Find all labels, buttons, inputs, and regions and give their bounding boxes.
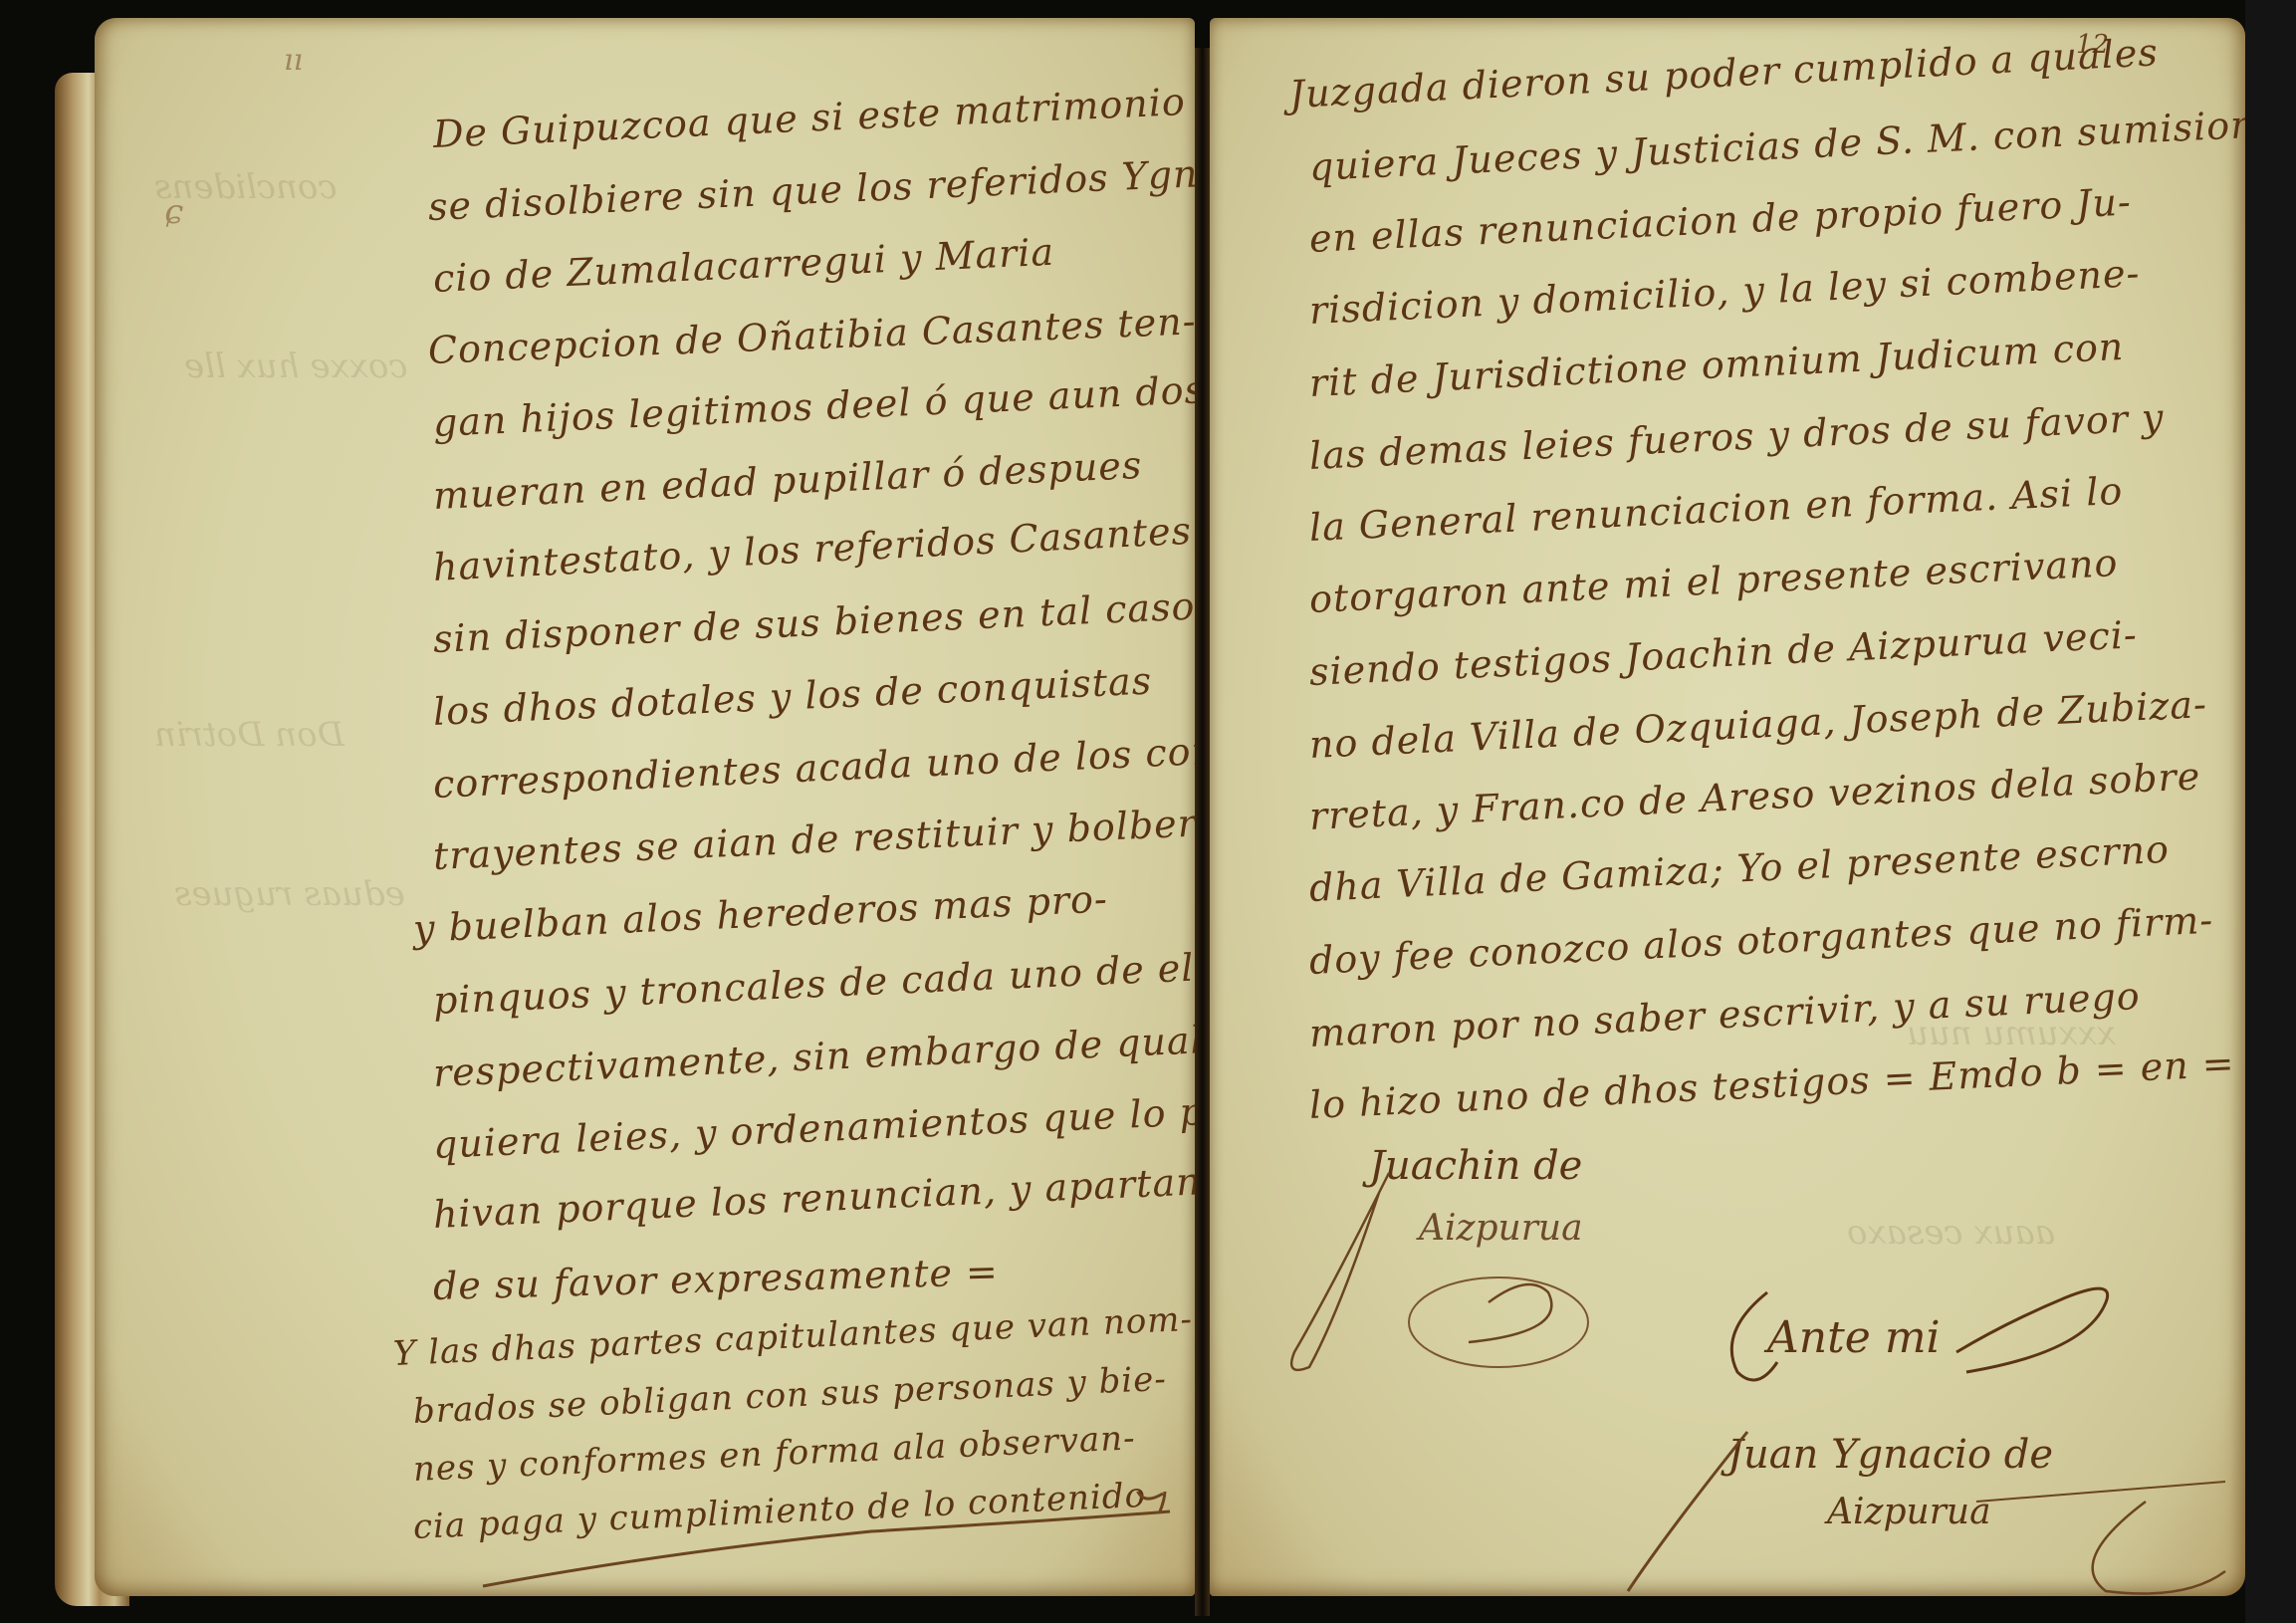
signature-flourish — [1548, 1412, 2245, 1596]
manuscript-line: Juzgada dieron su poder cumplido a quale… — [1288, 30, 2160, 116]
book-gutter — [1195, 48, 1210, 1616]
bleed-through-text: Don Dotrin — [154, 715, 344, 755]
manuscript-line: respectivamente, sin embargo de quales — [432, 1016, 1195, 1095]
manuscript-line: las demas leies fueros y dros de su favo… — [1308, 395, 2165, 478]
bleed-through-text: aaux cesaxo — [1847, 1213, 2055, 1253]
manuscript-line: los dhos dotales y los de conquistas — [432, 658, 1153, 733]
right-page: xxxumu nuu aaux cesaxo 12 Juzgada dieron… — [1210, 18, 2245, 1596]
manuscript-line: siendo testigos Joachin de Aizpurua veci… — [1308, 612, 2139, 694]
manuscript-line: gan hijos legitimos deel ó que aun dos — [432, 367, 1195, 445]
manuscript-line: de su favor expresamente = — [432, 1250, 999, 1308]
bleed-through-text: coxxe hux lle — [184, 347, 407, 386]
manuscript-line: se disolbiere sin que los referidos Ygna… — [427, 150, 1195, 229]
manuscript-line: en ellas renunciacion de propio fuero Ju… — [1308, 180, 2133, 261]
manuscript-line: hivan porque los renuncian, y apartan — [432, 1159, 1195, 1237]
manuscript-line: y buelban alos herederos mas pro- — [412, 877, 1109, 951]
manuscript-line: nes y conformes en forma ala observan- — [412, 1418, 1136, 1490]
manuscript-line: quiera leies, y ordenamientos que lo pro… — [432, 1087, 1195, 1167]
attestation-flourish — [1708, 1273, 2146, 1412]
top-margin-mark: ıı — [284, 43, 303, 78]
signature-flourish — [1269, 1153, 1608, 1382]
manuscript-line: Concepcion de Oñatibia Casantes ten- — [427, 299, 1195, 372]
manuscript-line: rreta, y Fran.co de Areso vezinos dela s… — [1308, 754, 2201, 838]
manuscript-line: sin disponer de sus bienes en tal caso — [432, 584, 1195, 661]
manuscript-line: mueran en edad pupillar ó despues — [432, 443, 1143, 518]
manuscript-spread: conclidens coxxe hux lle Don Dotrin edua… — [55, 18, 2245, 1611]
manuscript-line: dha Villa de Gamiza; Yo el presente escr… — [1308, 827, 2171, 910]
manuscript-line: correspondientes acada uno de los con- — [432, 728, 1195, 807]
bleed-through-text: eduas rugues — [174, 874, 405, 914]
manuscript-line: lo hizo uno de dhos testigos = Emdo b = … — [1308, 1039, 2245, 1127]
manuscript-line: trayentes se aian de restituir y bolber — [432, 802, 1195, 878]
manuscript-line: cio de Zumalacarregui y Maria — [432, 230, 1055, 301]
manuscript-line: no dela Villa de Ozquiaga, Joseph de Zub… — [1308, 682, 2208, 767]
margin-flourish: ɕ — [164, 192, 183, 232]
background-strip — [2245, 0, 2296, 1623]
manuscript-line: pinquos y troncales de cada uno de ellos — [432, 943, 1195, 1023]
manuscript-line: havintestato, y los referidos Casantes — [432, 509, 1193, 589]
manuscript-line: rit de Jurisdictione omnium Judicum con — [1308, 325, 2125, 405]
manuscript-line: otorgaron ante mi el presente escrivano — [1308, 541, 2119, 621]
closing-flourish — [473, 1492, 1190, 1596]
manuscript-line: risdicion y domicilio, y la ley si combe… — [1308, 251, 2141, 333]
manuscript-line: la General renunciacion en forma. Asi lo — [1308, 469, 2124, 550]
manuscript-line: doy fee conozco alos otorgantes que no f… — [1308, 898, 2214, 983]
manuscript-line: quiera Jueces y Justicias de S. M. con s… — [1308, 103, 2245, 189]
left-page: conclidens coxxe hux lle Don Dotrin edua… — [95, 18, 1195, 1596]
manuscript-line: De Guipuzcoa que si este matrimonio — [432, 80, 1187, 156]
